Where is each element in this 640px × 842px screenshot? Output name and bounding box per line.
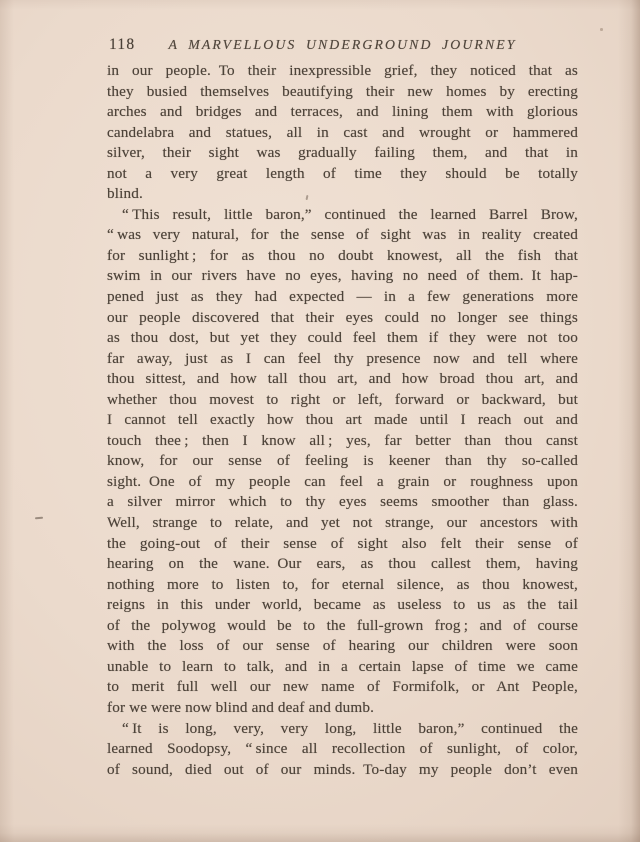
text-line: touch thee ; then I know all ; yes, far …: [107, 431, 578, 452]
text-line: for we were now blind and deaf and dumb.: [107, 698, 578, 719]
text-line: hearing on the wane. Our ears, as thou c…: [107, 554, 578, 575]
paragraph: “ It is long, very, very long, little ba…: [107, 719, 578, 781]
paragraph: “ This result, little baron,” continued …: [107, 205, 578, 719]
text-line: to merit full well our new name of Formi…: [107, 677, 578, 698]
text-line: learned Soodopsy, “ since all recollecti…: [107, 739, 578, 760]
book-page: 118 A MARVELLOUS UNDERGROUND JOURNEY in …: [0, 0, 640, 842]
text-line: reigns in this under world, became as us…: [107, 595, 578, 616]
text-line: unable to learn to talk, and in a certai…: [107, 657, 578, 678]
text-line: I cannot tell exactly how thou art made …: [107, 410, 578, 431]
text-line: of the polywog would be to the full-grow…: [107, 616, 578, 637]
text-line: sight. One of my people can feel a grain…: [107, 472, 578, 493]
paragraph: in our people. To their inexpressible gr…: [107, 61, 578, 205]
print-speck: [600, 28, 603, 31]
text-line: of sound, died out of our minds. To-day …: [107, 760, 578, 781]
text-line: in our people. To their inexpressible gr…: [107, 61, 578, 82]
text-line: whether thou movest to right or left, fo…: [107, 390, 578, 411]
text-line: swim in our rivers have no eyes, having …: [107, 266, 578, 287]
page-body: in our people. To their inexpressible gr…: [107, 61, 578, 780]
text-line: for sunlight ; for as thou no doubt know…: [107, 246, 578, 267]
text-line: thou sittest, and how tall thou art, and…: [107, 369, 578, 390]
text-line: blind.: [107, 184, 578, 205]
text-line: the going-out of their sense of sight al…: [107, 534, 578, 555]
print-speck: [35, 517, 43, 519]
text-line: arches and bridges and terraces, and lin…: [107, 102, 578, 123]
text-line: a silver mirror which to thy eyes seems …: [107, 492, 578, 513]
text-line: “ It is long, very, very long, little ba…: [107, 719, 578, 740]
text-line: know, for our sense of feeling is keener…: [107, 451, 578, 472]
text-line: Well, strange to relate, and yet not str…: [107, 513, 578, 534]
text-line: nothing more to listen to, for eternal s…: [107, 575, 578, 596]
text-line: our people discovered that their eyes co…: [107, 308, 578, 329]
page-header: 118 A MARVELLOUS UNDERGROUND JOURNEY: [107, 36, 578, 56]
text-line: not a very great length of time they sho…: [107, 164, 578, 185]
text-line: silver, their sight was gradually failin…: [107, 143, 578, 164]
running-title: A MARVELLOUS UNDERGROUND JOURNEY: [107, 37, 578, 53]
text-line: candelabra and statues, all in cast and …: [107, 123, 578, 144]
text-line: “ was very natural, for the sense of sig…: [107, 225, 578, 246]
text-line: they busied themselves beautifying their…: [107, 82, 578, 103]
text-line: pened just as they had expected — in a f…: [107, 287, 578, 308]
text-line: far away, just as I can feel thy presenc…: [107, 349, 578, 370]
text-line: “ This result, little baron,” continued …: [107, 205, 578, 226]
text-line: with the loss of our sense of hearing ou…: [107, 636, 578, 657]
text-line: as thou dost, but yet they could feel th…: [107, 328, 578, 349]
